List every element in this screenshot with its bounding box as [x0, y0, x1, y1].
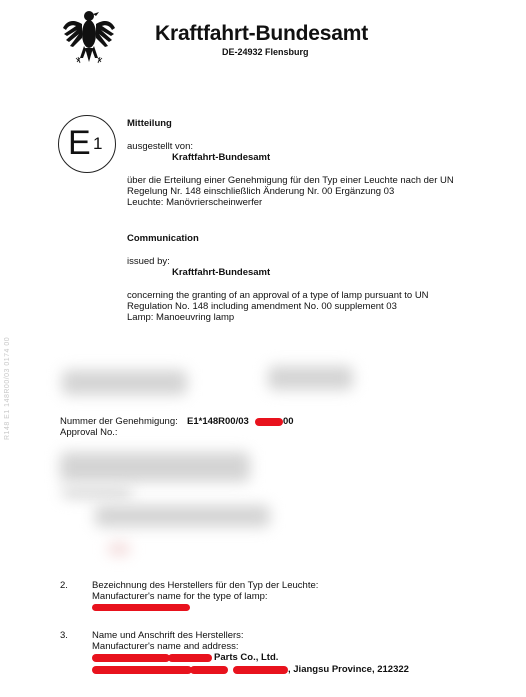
item-number: 3. [60, 630, 68, 641]
english-concerning-line2: Regulation No. 148 including amendment N… [127, 301, 397, 312]
german-concerning-line2: Regelung Nr. 148 einschließlich Änderung… [127, 186, 394, 197]
approval-number-suffix: 00 [283, 416, 294, 427]
redaction-bar [255, 418, 283, 426]
approval-number-label-en: Approval No.: [60, 427, 118, 438]
blurred-redaction [268, 366, 353, 390]
english-heading: Communication [127, 233, 199, 244]
approval-mark-circle: E 1 [58, 115, 116, 173]
english-concerning-line1: concerning the granting of an approval o… [127, 290, 429, 301]
german-heading: Mitteilung [127, 118, 172, 129]
german-lamp-line: Leuchte: Manövrierscheinwerfer [127, 197, 262, 208]
federal-eagle-emblem-icon [62, 4, 116, 66]
redaction-bar [92, 654, 170, 662]
item-label-de: Name und Anschrift des Herstellers: [92, 630, 244, 641]
redaction-bar [92, 666, 192, 674]
approval-number-label-de: Nummer der Genehmigung: [60, 416, 178, 427]
english-lamp-line: Lamp: Manoeuvring lamp [127, 312, 234, 323]
blurred-redaction [108, 543, 130, 555]
item-number: 2. [60, 580, 68, 591]
authority-title: Kraftfahrt-Bundesamt [155, 22, 368, 46]
approval-number-prefix: E1*148R00/03 [187, 416, 249, 427]
german-issuer: Kraftfahrt-Bundesamt [172, 152, 270, 163]
approval-mark-letter: E [68, 124, 91, 162]
english-issued-by-label: issued by: [127, 256, 170, 267]
manufacturer-address-visible: , Jiangsu Province, 212322 [288, 664, 409, 675]
approval-mark-number: 1 [93, 134, 102, 154]
german-concerning-line1: über die Erteilung einer Genehmigung für… [127, 175, 454, 186]
redaction-bar [168, 654, 212, 662]
authority-address: DE-24932 Flensburg [222, 47, 309, 57]
blurred-redaction [95, 505, 270, 527]
manufacturer-name-visible: Parts Co., Ltd. [214, 652, 278, 663]
redaction-bar [233, 666, 288, 674]
redaction-bar [190, 666, 228, 674]
blurred-redaction [62, 370, 187, 395]
item-label-en: Manufacturer's name and address: [92, 641, 239, 652]
german-issued-by-label: ausgestellt von: [127, 141, 193, 152]
english-issuer: Kraftfahrt-Bundesamt [172, 267, 270, 278]
side-reference-text: R148 E1 148R00/03 0174 00 [4, 337, 11, 440]
blurred-redaction [62, 488, 132, 498]
item-label-en: Manufacturer's name for the type of lamp… [92, 591, 268, 602]
blurred-redaction [60, 452, 250, 482]
item-label-de: Bezeichnung des Herstellers für den Typ … [92, 580, 318, 591]
redaction-bar [92, 604, 190, 611]
